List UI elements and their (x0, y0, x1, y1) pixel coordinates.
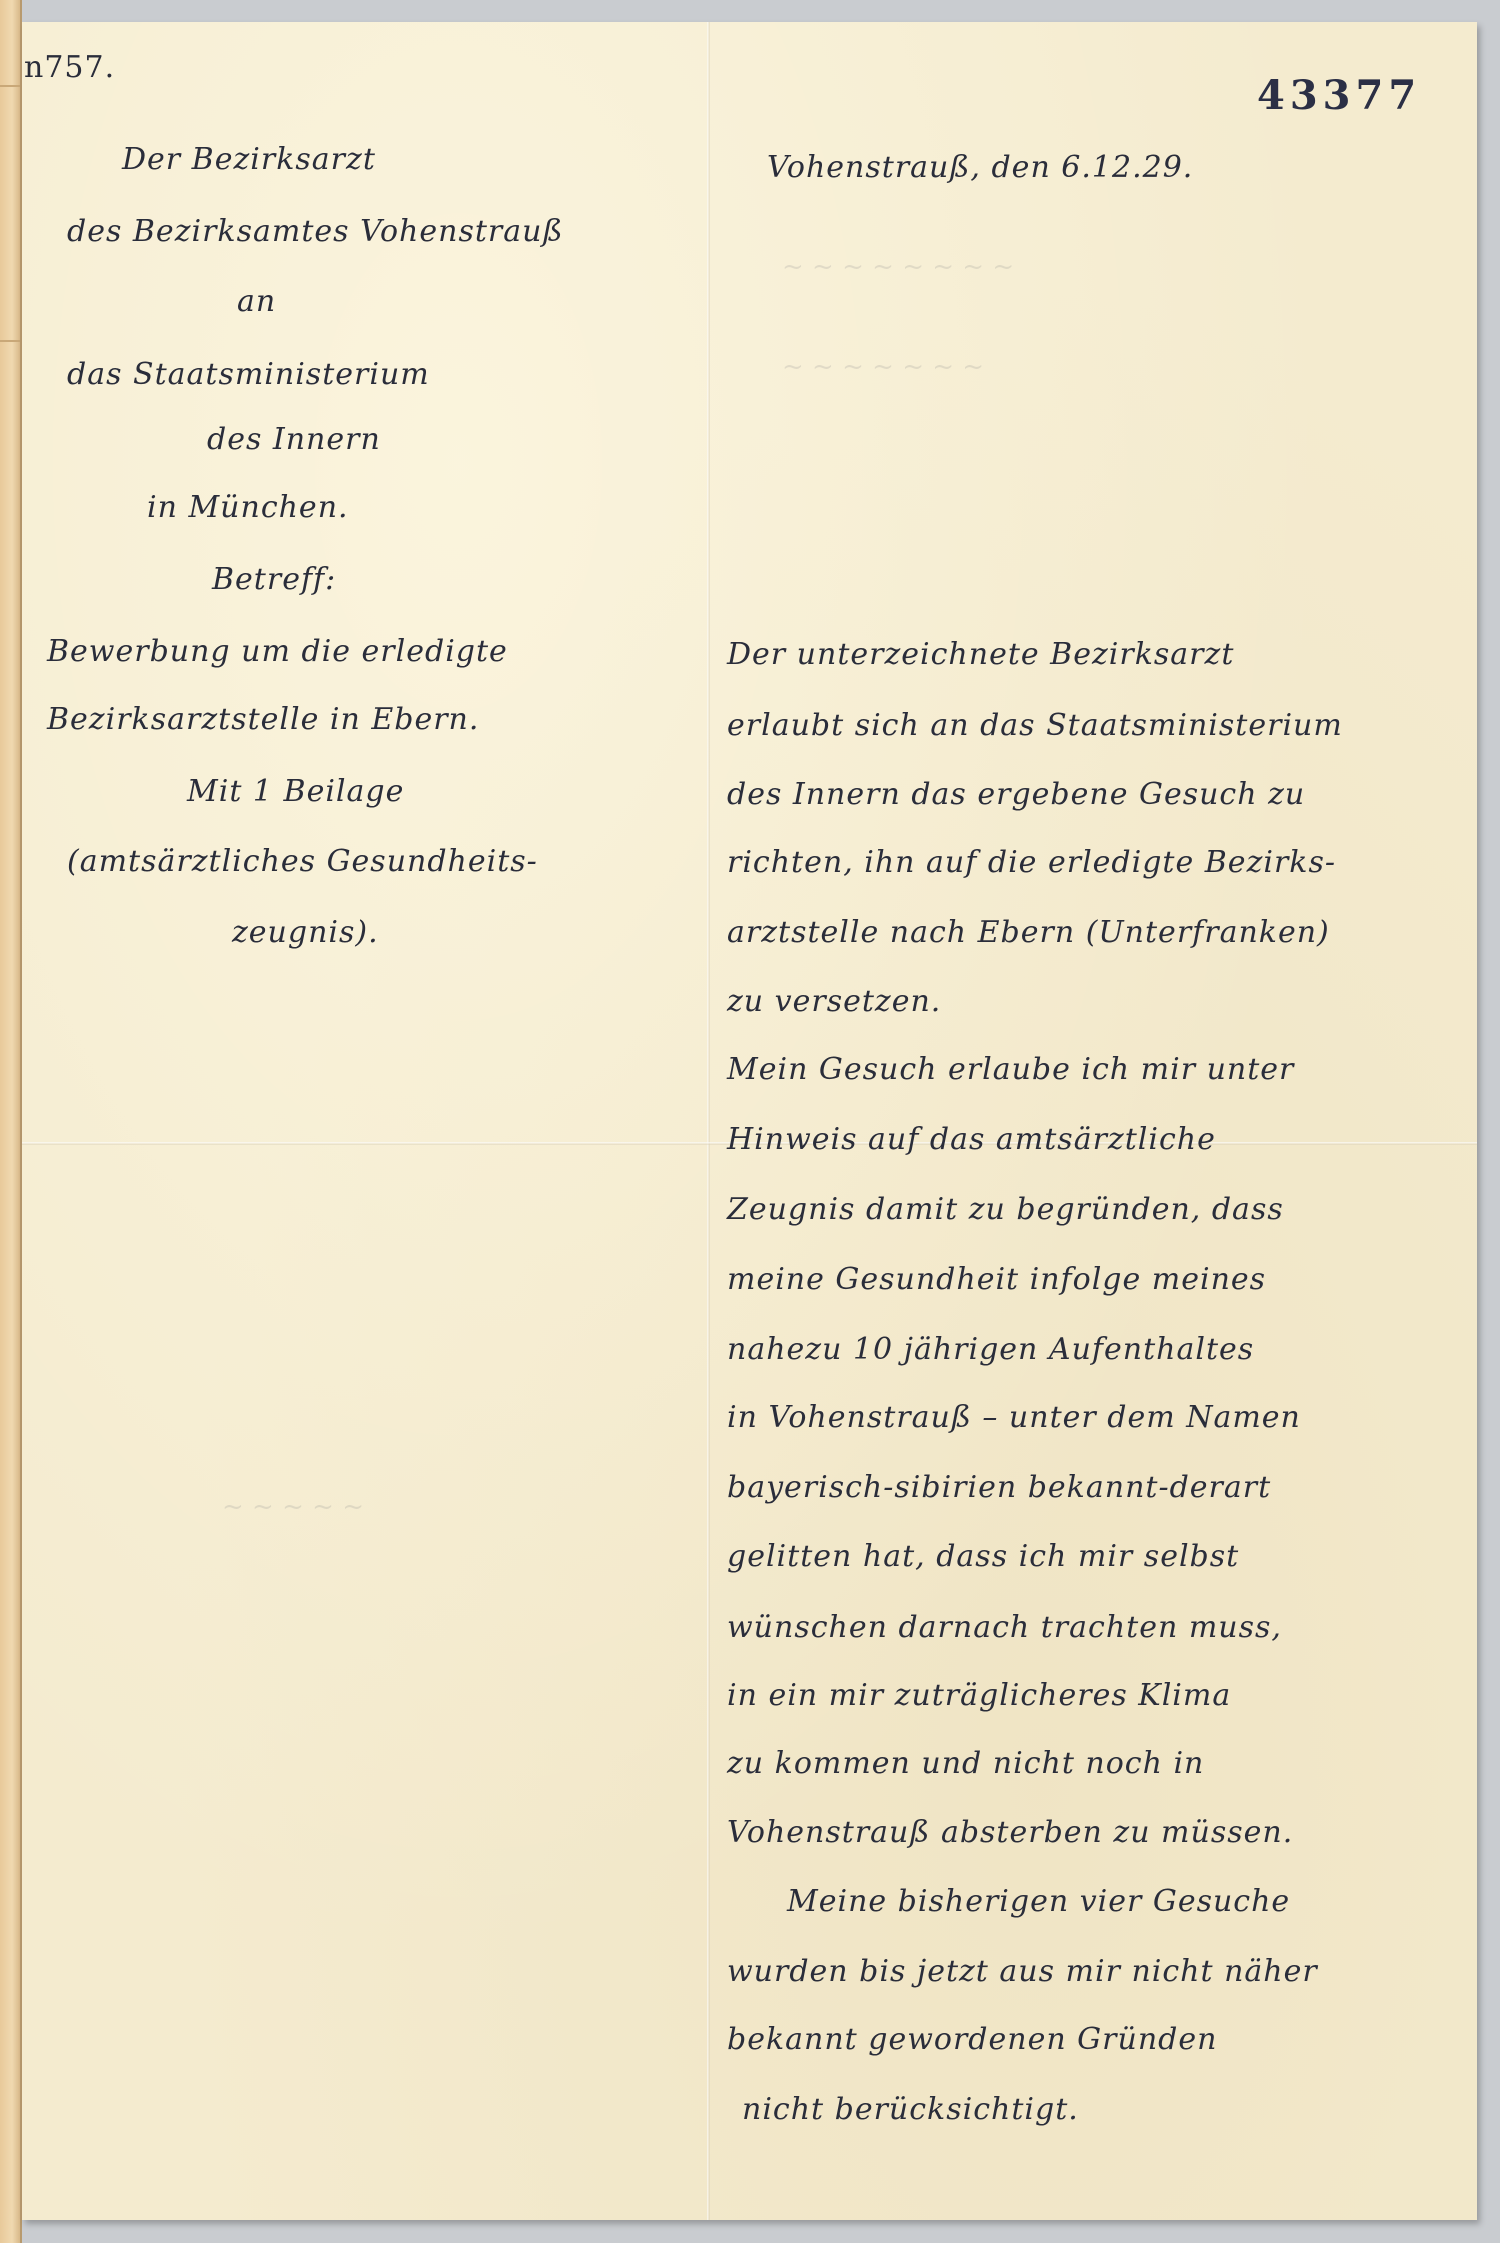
bleed-through-text: ~ ~ ~ ~ ~ (222, 1492, 364, 1522)
body-line: nahezu 10 jährigen Aufenthaltes (727, 1332, 1254, 1367)
body-line: Meine bisherigen vier Gesuche (787, 1884, 1290, 1919)
subject-line-1: Bewerbung um die erledigte (47, 634, 508, 669)
sender-line-3: an (237, 284, 276, 319)
enclosure-line-2: (amtsärztliches Gesundheits- (67, 844, 538, 879)
body-line: bayerisch-sibirien bekannt-derart (727, 1470, 1271, 1505)
subject-line-2: Bezirksarztstelle in Ebern. (47, 702, 479, 737)
archive-stamp-number: 43377 (1257, 72, 1421, 119)
binding-mark (0, 340, 20, 342)
body-line: arztstelle nach Ebern (Unterfranken) (727, 915, 1330, 950)
body-line: Hinweis auf das amtsärztliche (727, 1122, 1216, 1157)
enclosure-line-1: Mit 1 Beilage (187, 774, 404, 809)
body-line: wünschen darnach trachten muss, (727, 1610, 1282, 1645)
binding-strip (0, 0, 22, 2243)
sender-line-1: Der Bezirksarzt (122, 142, 376, 177)
body-line: erlaubt sich an das Staatsministerium (727, 708, 1343, 743)
bleed-through-text: ~ ~ ~ ~ ~ ~ ~ ~ (782, 252, 1014, 282)
bleed-through-text: ~ ~ ~ ~ ~ ~ ~ (782, 352, 984, 382)
body-line: Zeugnis damit zu begründen, dass (727, 1192, 1284, 1227)
body-line: meine Gesundheit infolge meines (727, 1262, 1266, 1297)
subject-label: Betreff: (212, 562, 336, 597)
sender-line-2: des Bezirksamtes Vohenstrauß (67, 214, 564, 249)
enclosure-line-3: zeugnis). (232, 915, 379, 950)
recipient-line-2: des Innern (207, 422, 381, 457)
body-line: zu versetzen. (727, 984, 941, 1019)
body-line: des Innern das ergebene Gesuch zu (727, 777, 1305, 812)
recipient-line-1: das Staatsministerium (67, 357, 430, 392)
body-line: Vohenstrauß absterben zu müssen. (727, 1815, 1293, 1850)
body-line: Der unterzeichnete Bezirksarzt (727, 637, 1234, 672)
body-line: wurden bis jetzt aus mir nicht näher (727, 1954, 1318, 1989)
page-reference: n757. (24, 50, 115, 85)
body-line: gelitten hat, dass ich mir selbst (727, 1539, 1239, 1574)
body-line: in Vohenstrauß – unter dem Namen (727, 1400, 1301, 1435)
body-line: nicht berücksichtigt. (742, 2092, 1079, 2127)
binding-mark (0, 85, 20, 87)
place-date: Vohenstrauß, den 6.12.29. (767, 150, 1193, 185)
body-line: richten, ihn auf die erledigte Bezirks- (727, 845, 1336, 880)
vertical-fold (707, 22, 710, 2220)
body-line: zu kommen und nicht noch in (727, 1746, 1204, 1781)
document-page: ~ ~ ~ ~ ~ ~ ~ ~ ~ ~ ~ ~ ~ ~ ~ ~ ~ ~ ~ ~ … (22, 22, 1477, 2220)
body-line: Mein Gesuch erlaube ich mir unter (727, 1052, 1294, 1087)
body-line: bekannt gewordenen Gründen (727, 2022, 1217, 2057)
recipient-line-3: in München. (147, 490, 349, 525)
body-line: in ein mir zuträglicheres Klima (727, 1678, 1231, 1713)
